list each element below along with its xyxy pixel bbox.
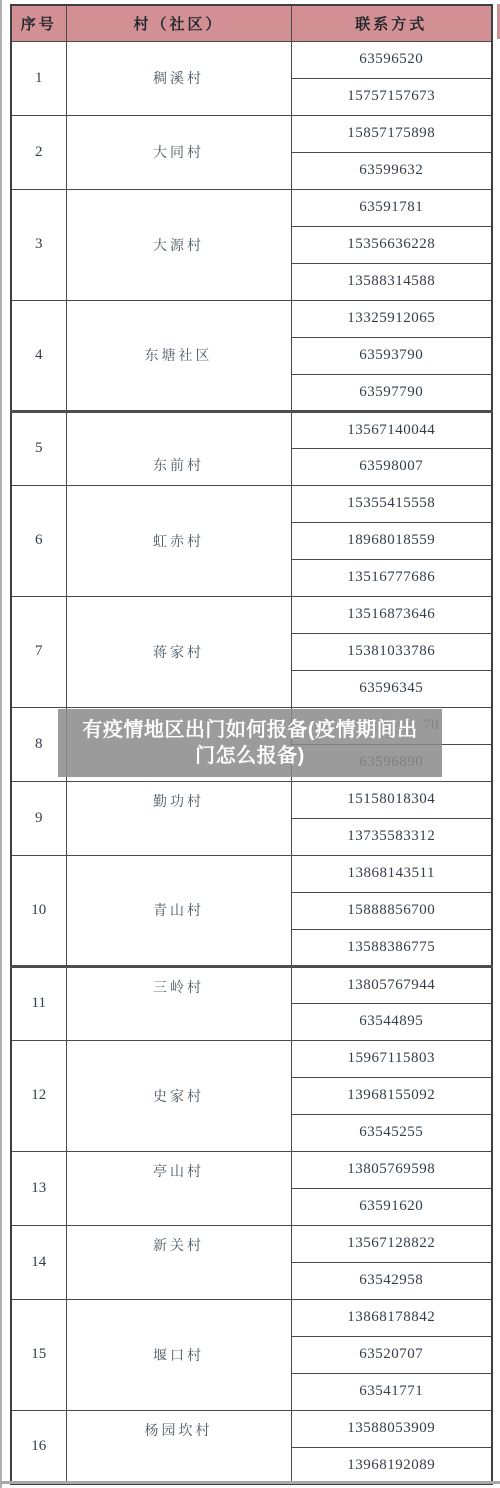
phone-cell: 13567140044 (291, 411, 492, 448)
phone-cell: 13968192089 (291, 1447, 492, 1484)
phone-cell: 13588386775 (291, 929, 492, 966)
village-cell: 大同村 (66, 115, 291, 189)
serial-cell: 2 (11, 115, 66, 189)
page-break-line (0, 1481, 500, 1484)
serial-cell: 4 (11, 300, 66, 411)
phone-cell: 13567128822 (291, 1225, 492, 1262)
phone-cell: 63541771 (291, 1373, 492, 1410)
phone-cell: 63596345 (291, 670, 492, 707)
serial-cell: 15 (11, 1299, 66, 1410)
village-cell: 史家村 (66, 1040, 291, 1151)
serial-cell: 3 (11, 189, 66, 300)
phone-cell: 15381033786 (291, 633, 492, 670)
village-cell: 东前村 (66, 411, 291, 485)
village-cell: 勤功村 (66, 781, 291, 855)
overlay-title-line2: 门怎么报备) (195, 743, 305, 769)
phone-cell: 15857175898 (291, 115, 492, 152)
serial-cell: 13 (11, 1151, 66, 1225)
serial-cell: 14 (11, 1225, 66, 1299)
phone-cell: 13588314588 (291, 263, 492, 300)
table-row: 1稠溪村63596520 (11, 41, 492, 78)
village-cell: 堰口村 (66, 1299, 291, 1410)
phone-cell: 13805769598 (291, 1151, 492, 1188)
table-row: 7蒋家村13516873646 (11, 596, 492, 633)
phone-cell: 63591620 (291, 1188, 492, 1225)
page-edge-strip (0, 0, 2, 1488)
phone-cell: 13868143511 (291, 855, 492, 892)
phone-cell: 63598007 (291, 448, 492, 485)
phone-cell: 15967115803 (291, 1040, 492, 1077)
phone-cell: 13588053909 (291, 1410, 492, 1447)
phone-cell: 13325912065 (291, 300, 492, 337)
phone-cell: 13735583312 (291, 818, 492, 855)
phone-cell: 63545255 (291, 1114, 492, 1151)
phone-cell: 63597790 (291, 374, 492, 411)
table-row: 14新关村13567128822 (11, 1225, 492, 1262)
table-row: 10青山村13868143511 (11, 855, 492, 892)
phone-cell: 15355415558 (291, 485, 492, 522)
serial-cell: 12 (11, 1040, 66, 1151)
table-row: 12史家村15967115803 (11, 1040, 492, 1077)
table-row: 6虹赤村15355415558 (11, 485, 492, 522)
phone-cell: 13805767944 (291, 966, 492, 1003)
page: 序号 村（社区） 联系方式 1稠溪村63596520157571576732大同… (0, 0, 500, 1488)
village-cell: 大源村 (66, 189, 291, 300)
serial-cell: 1 (11, 41, 66, 115)
village-cell: 蒋家村 (66, 596, 291, 707)
village-cell: 亭山村 (66, 1151, 291, 1225)
village-cell: 杨园坎村 (66, 1410, 291, 1484)
overlay-title-line1: 有疫情地区出门如何报备(疫情期间出 (82, 717, 417, 743)
phone-cell: 15757157673 (291, 78, 492, 115)
header-contact: 联系方式 (291, 5, 492, 41)
phone-cell: 63599632 (291, 152, 492, 189)
serial-cell: 11 (11, 966, 66, 1040)
phone-cell: 13968155092 (291, 1077, 492, 1114)
table-row: 3大源村63591781 (11, 189, 492, 226)
serial-cell: 10 (11, 855, 66, 966)
phone-cell: 63593790 (291, 337, 492, 374)
serial-cell: 7 (11, 596, 66, 707)
village-cell: 东塘社区 (66, 300, 291, 411)
phone-cell: 15888856700 (291, 892, 492, 929)
table-row: 11三岭村13805767944 (11, 966, 492, 1003)
phone-cell: 63596520 (291, 41, 492, 78)
table-header-row: 序号 村（社区） 联系方式 (11, 5, 492, 41)
phone-cell: 13868178842 (291, 1299, 492, 1336)
title-overlay: 有疫情地区出门如何报备(疫情期间出 门怎么报备) (58, 709, 442, 777)
phone-cell: 15158018304 (291, 781, 492, 818)
village-cell: 青山村 (66, 855, 291, 966)
table-row: 15堰口村13868178842 (11, 1299, 492, 1336)
phone-cell: 13516777686 (291, 559, 492, 596)
table-row: 13亭山村13805769598 (11, 1151, 492, 1188)
serial-cell: 6 (11, 485, 66, 596)
village-cell: 虹赤村 (66, 485, 291, 596)
phone-cell: 18968018559 (291, 522, 492, 559)
serial-cell: 5 (11, 411, 66, 485)
phone-cell: 63542958 (291, 1262, 492, 1299)
village-cell: 新关村 (66, 1225, 291, 1299)
serial-cell: 9 (11, 781, 66, 855)
table-row: 2大同村15857175898 (11, 115, 492, 152)
header-serial: 序号 (11, 5, 66, 41)
phone-cell: 63520707 (291, 1336, 492, 1373)
table-row: 4东塘社区13325912065 (11, 300, 492, 337)
table-row: 9勤功村15158018304 (11, 781, 492, 818)
village-cell: 稠溪村 (66, 41, 291, 115)
table-row: 5东前村13567140044 (11, 411, 492, 448)
phone-cell: 63544895 (291, 1003, 492, 1040)
village-cell: 三岭村 (66, 966, 291, 1040)
phone-cell: 13516873646 (291, 596, 492, 633)
phone-cell: 15356636228 (291, 226, 492, 263)
header-village: 村（社区） (66, 5, 291, 41)
phone-cell: 63591781 (291, 189, 492, 226)
table-row: 16杨园坎村13588053909 (11, 1410, 492, 1447)
serial-cell: 16 (11, 1410, 66, 1484)
